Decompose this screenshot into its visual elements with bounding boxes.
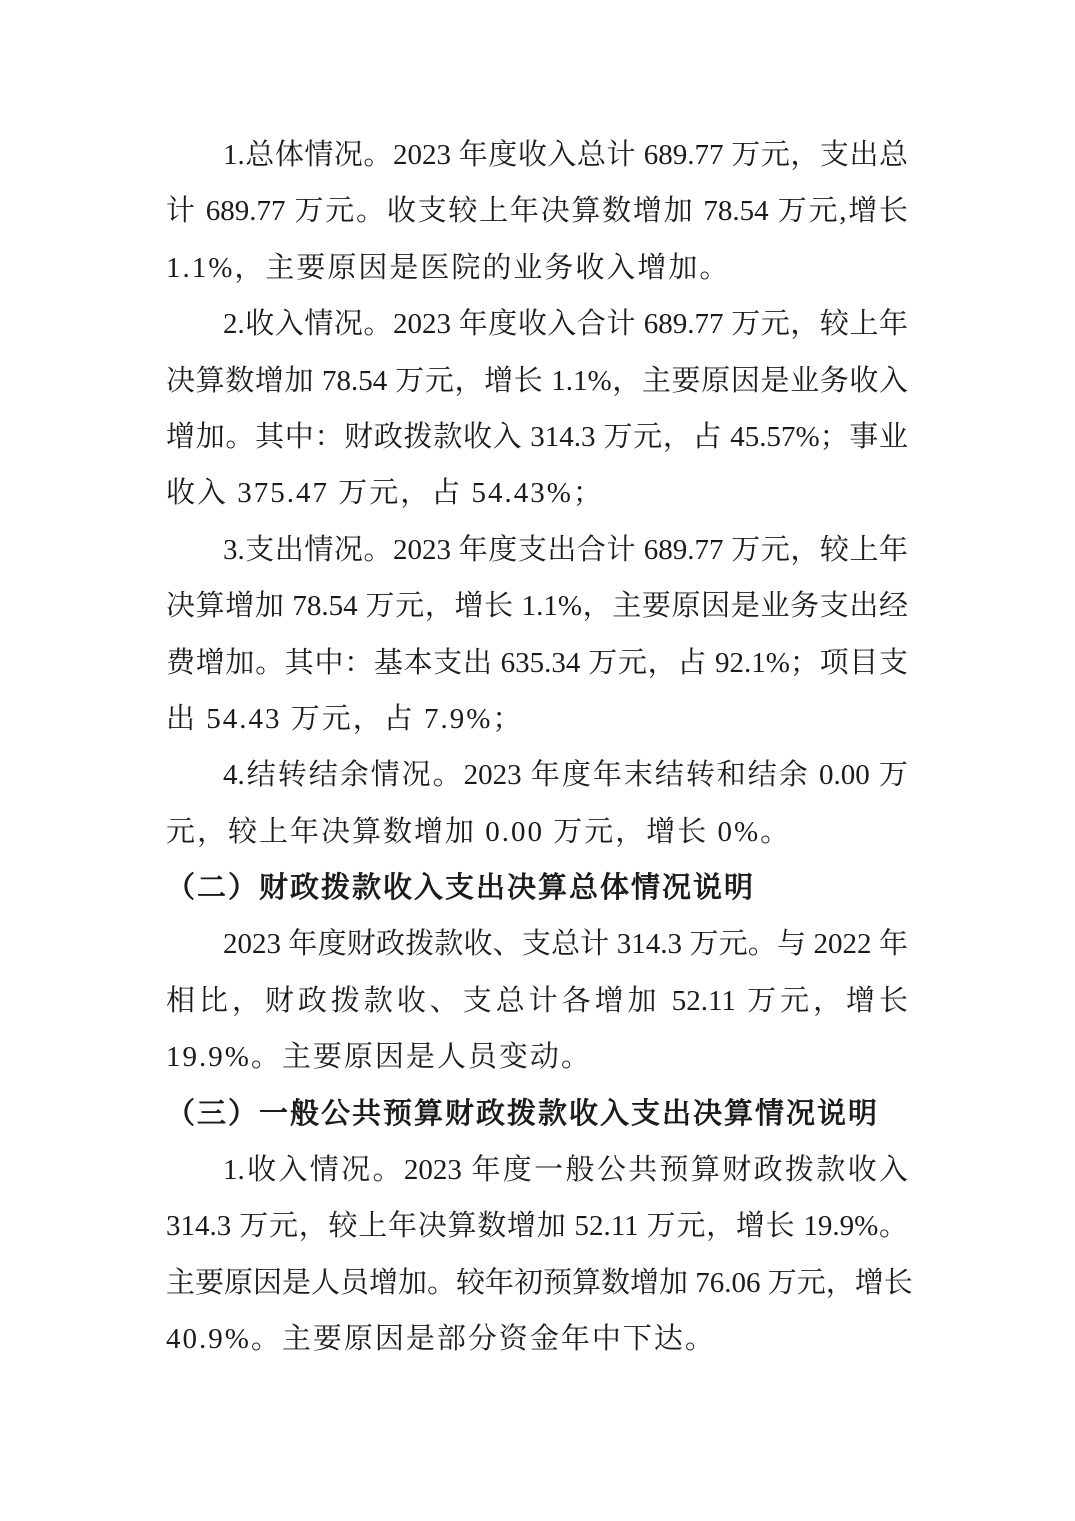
text-line: 决算数增加 78.54 万元，增长 1.1%，主要原因是业务收入 bbox=[166, 353, 908, 409]
text-line: 40.9%。主要原因是部分资金年中下达。 bbox=[166, 1311, 908, 1367]
text-line: 决算增加 78.54 万元，增长 1.1%，主要原因是业务支出经 bbox=[166, 578, 908, 634]
text-line: 1.总体情况。2023 年度收入总计 689.77 万元，支出总 bbox=[166, 127, 908, 183]
text-line: 计 689.77 万元。收支较上年决算数增加 78.54 万元,增长 bbox=[166, 183, 908, 239]
paragraph: 1.总体情况。2023 年度收入总计 689.77 万元，支出总计 689.77… bbox=[166, 127, 908, 296]
text-line: 增加。其中：财政拨款收入 314.3 万元，占 45.57%；事业 bbox=[166, 409, 908, 465]
paragraph: 2023 年度财政拨款收、支总计 314.3 万元。与 2022 年相比，财政拨… bbox=[166, 916, 908, 1085]
text-line: 相比，财政拨款收、支总计各增加 52.11 万元，增长 bbox=[166, 973, 908, 1029]
paragraph: 4.结转结余情况。2023 年度年末结转和结余 0.00 万元，较上年决算数增加… bbox=[166, 747, 908, 860]
text-line: 4.结转结余情况。2023 年度年末结转和结余 0.00 万 bbox=[166, 747, 908, 803]
paragraph: 1.收入情况。2023 年度一般公共预算财政拨款收入314.3 万元，较上年决算… bbox=[166, 1142, 908, 1368]
text-line: 314.3 万元，较上年决算数增加 52.11 万元，增长 19.9%。 bbox=[166, 1198, 908, 1254]
text-line: 3.支出情况。2023 年度支出合计 689.77 万元，较上年 bbox=[166, 522, 908, 578]
text-line: 2.收入情况。2023 年度收入合计 689.77 万元，较上年 bbox=[166, 296, 908, 352]
text-line: 收入 375.47 万元，占 54.43%； bbox=[166, 465, 908, 521]
text-line: 2023 年度财政拨款收、支总计 314.3 万元。与 2022 年 bbox=[166, 916, 908, 972]
document-body: 1.总体情况。2023 年度收入总计 689.77 万元，支出总计 689.77… bbox=[166, 127, 908, 1368]
heading-line: （三）一般公共预算财政拨款收入支出决算情况说明 bbox=[166, 1086, 908, 1142]
paragraph: 2.收入情况。2023 年度收入合计 689.77 万元，较上年决算数增加 78… bbox=[166, 296, 908, 522]
text-line: 元，较上年决算数增加 0.00 万元，增长 0%。 bbox=[166, 804, 908, 860]
text-line: 19.9%。主要原因是人员变动。 bbox=[166, 1029, 908, 1085]
text-line: 1.收入情况。2023 年度一般公共预算财政拨款收入 bbox=[166, 1142, 908, 1198]
text-line: 1.1%，主要原因是医院的业务收入增加。 bbox=[166, 240, 908, 296]
section-heading: （三）一般公共预算财政拨款收入支出决算情况说明 bbox=[166, 1086, 908, 1142]
text-line: 费增加。其中：基本支出 635.34 万元，占 92.1%；项目支 bbox=[166, 635, 908, 691]
document-page: 1.总体情况。2023 年度收入总计 689.77 万元，支出总计 689.77… bbox=[0, 0, 1075, 1521]
text-line: 主要原因是人员增加。较年初预算数增加 76.06 万元，增长 bbox=[166, 1255, 908, 1311]
paragraph: 3.支出情况。2023 年度支出合计 689.77 万元，较上年决算增加 78.… bbox=[166, 522, 908, 748]
section-heading: （二）财政拨款收入支出决算总体情况说明 bbox=[166, 860, 908, 916]
heading-line: （二）财政拨款收入支出决算总体情况说明 bbox=[166, 860, 908, 916]
text-line: 出 54.43 万元，占 7.9%； bbox=[166, 691, 908, 747]
